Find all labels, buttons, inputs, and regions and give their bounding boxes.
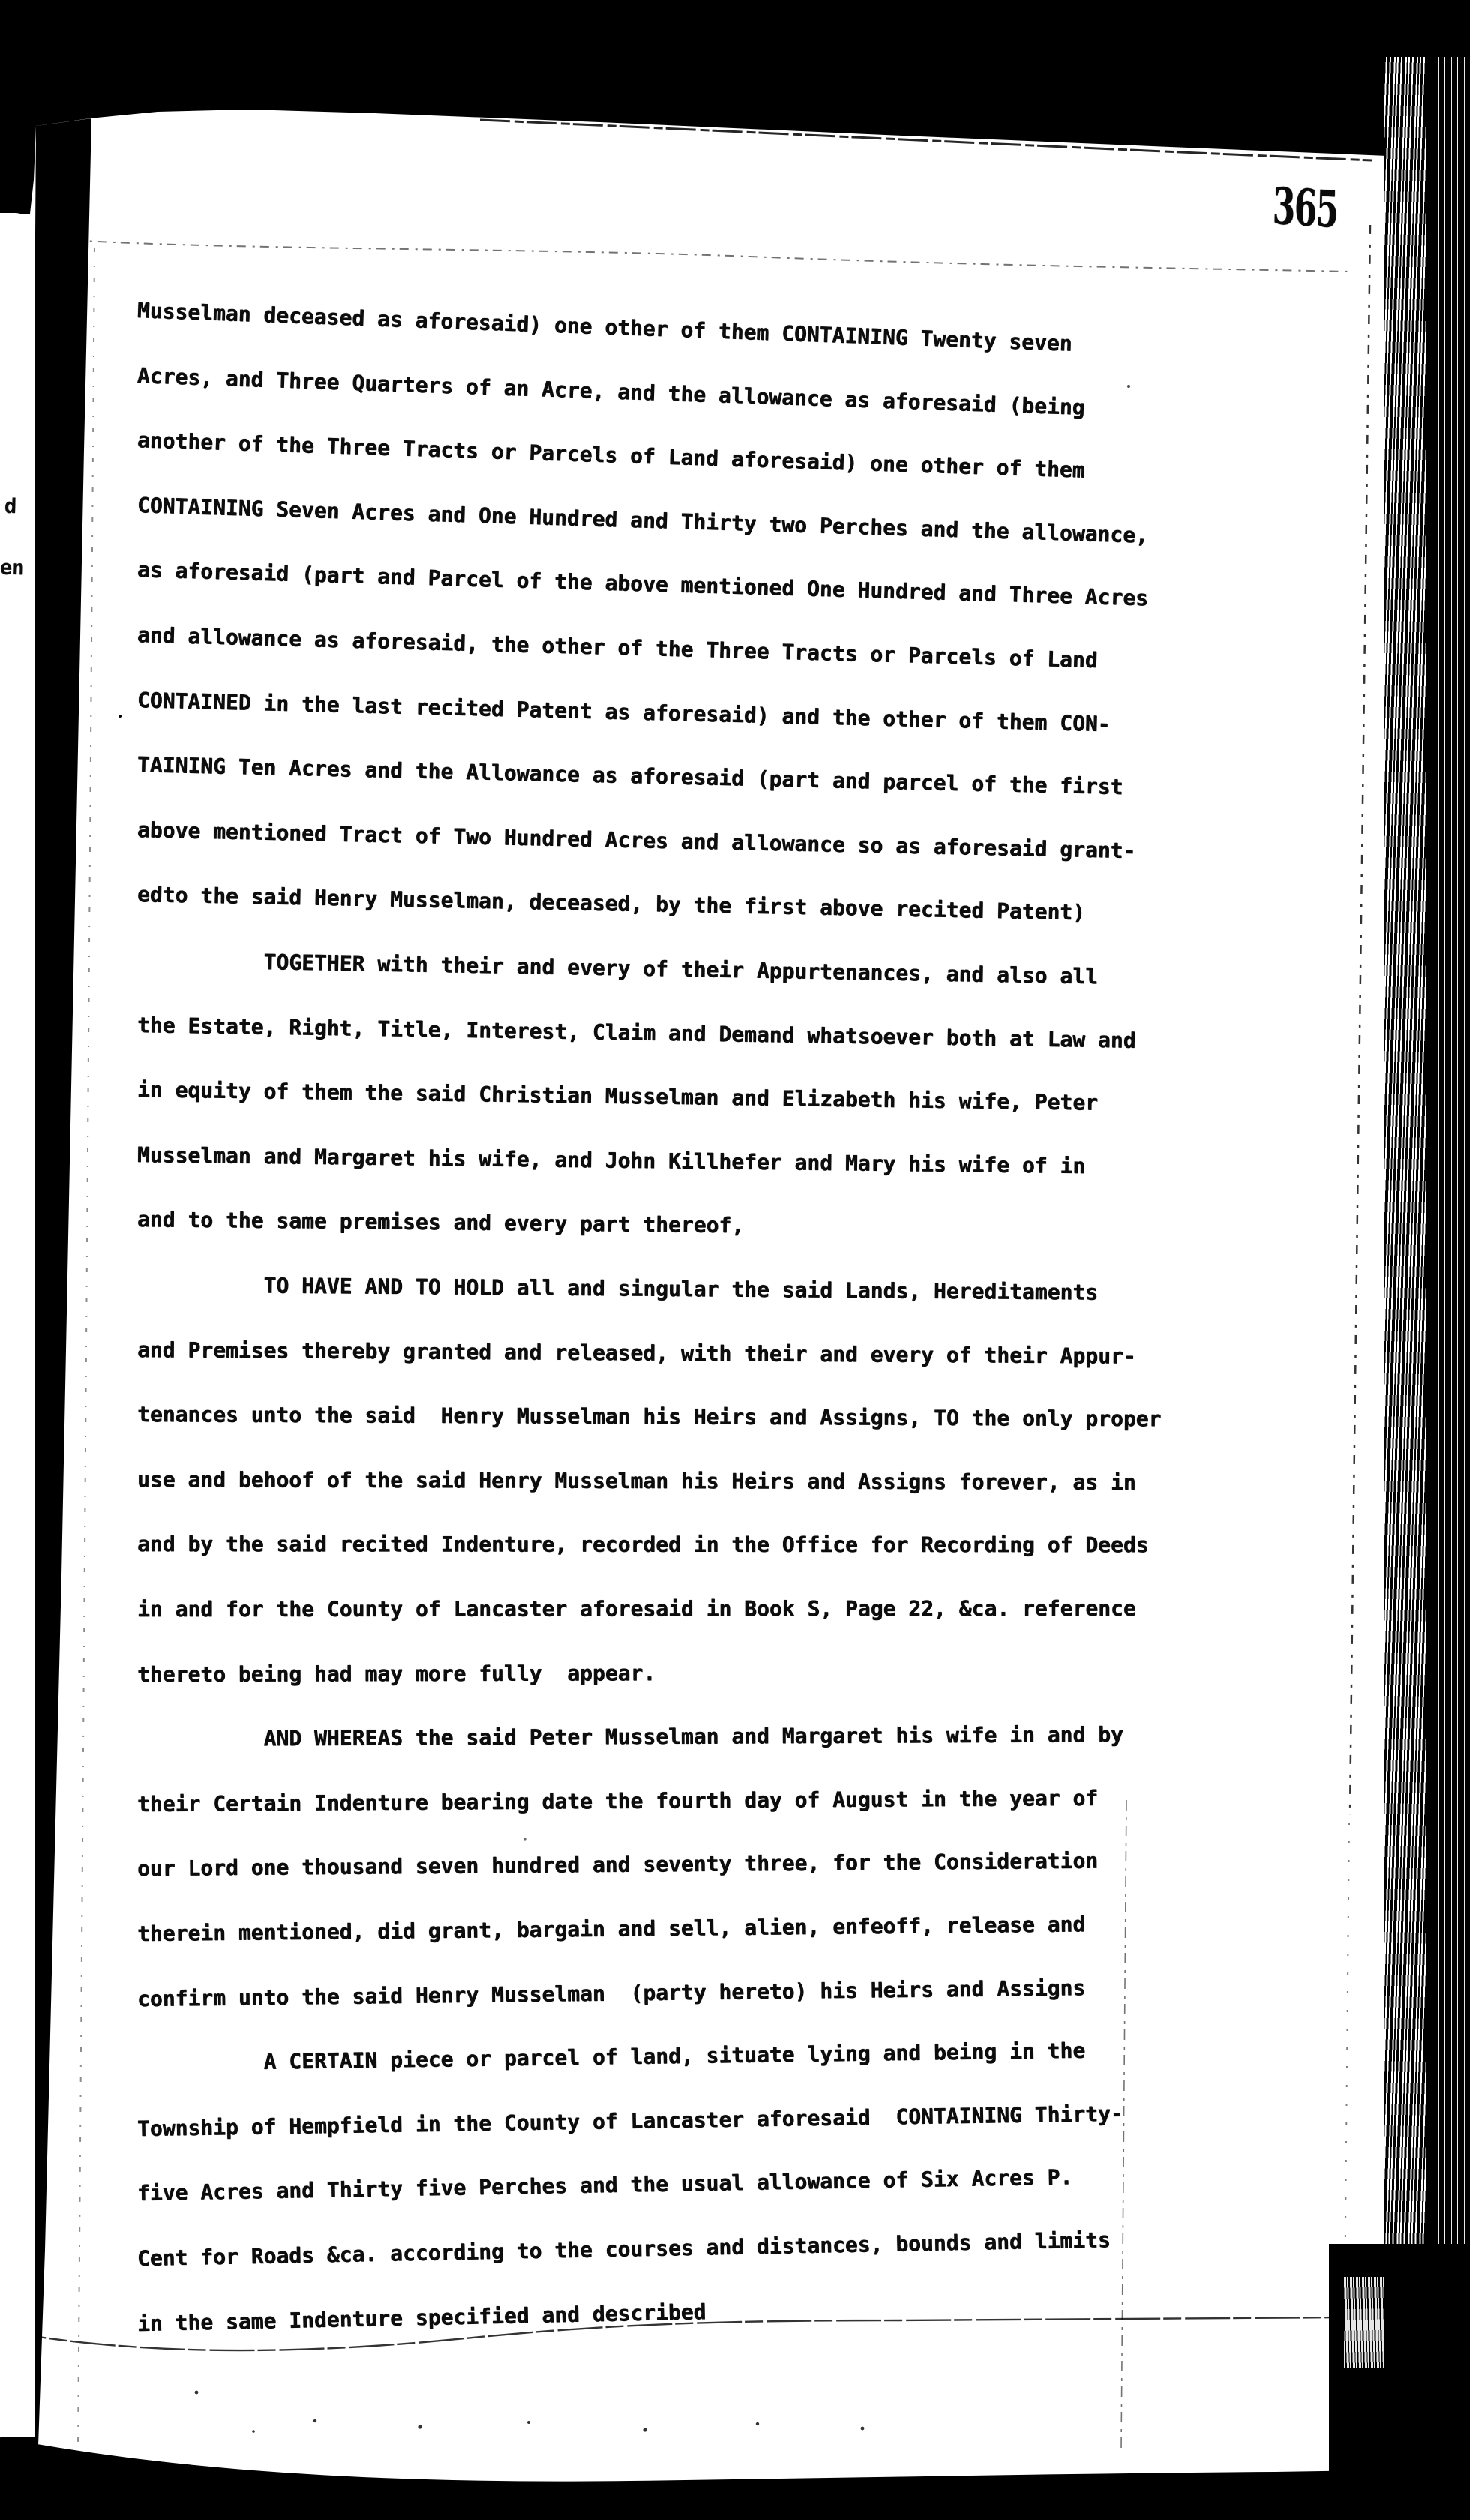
book-fore-edge-dark bbox=[1426, 57, 1470, 2314]
text-line: AND WHEREAS the said Peter Musselman and… bbox=[137, 1722, 1123, 1751]
facing-page-sliver: d en bbox=[0, 213, 34, 2437]
bottom-right-edge-speckle bbox=[1344, 2277, 1384, 2368]
right-margin-line-faint bbox=[1345, 1822, 1349, 2310]
right-margin-line bbox=[1350, 225, 1370, 1815]
text-line: use and behoof of the said Henry Musselm… bbox=[137, 1467, 1136, 1495]
top-ruled-line bbox=[43, 238, 1350, 271]
text-line: and by the said recited Indenture, recor… bbox=[137, 1531, 1149, 1557]
facing-page-text-fragment: d bbox=[4, 495, 17, 518]
text-line: in and for the County of Lancaster afore… bbox=[137, 1596, 1136, 1621]
page-number: 365 bbox=[1272, 177, 1339, 240]
top-scan-band bbox=[0, 0, 1470, 217]
facing-page-text-fragment: en bbox=[0, 556, 25, 580]
text-line: thereto being had may more fully appear. bbox=[137, 1660, 655, 1687]
text-line: tenances unto the said Henry Musselman h… bbox=[137, 1402, 1162, 1431]
bottom-scan-band bbox=[0, 2437, 1470, 2520]
scanned-deed-page: d en 365 Musselman deceased as aforesaid… bbox=[0, 0, 1470, 2520]
